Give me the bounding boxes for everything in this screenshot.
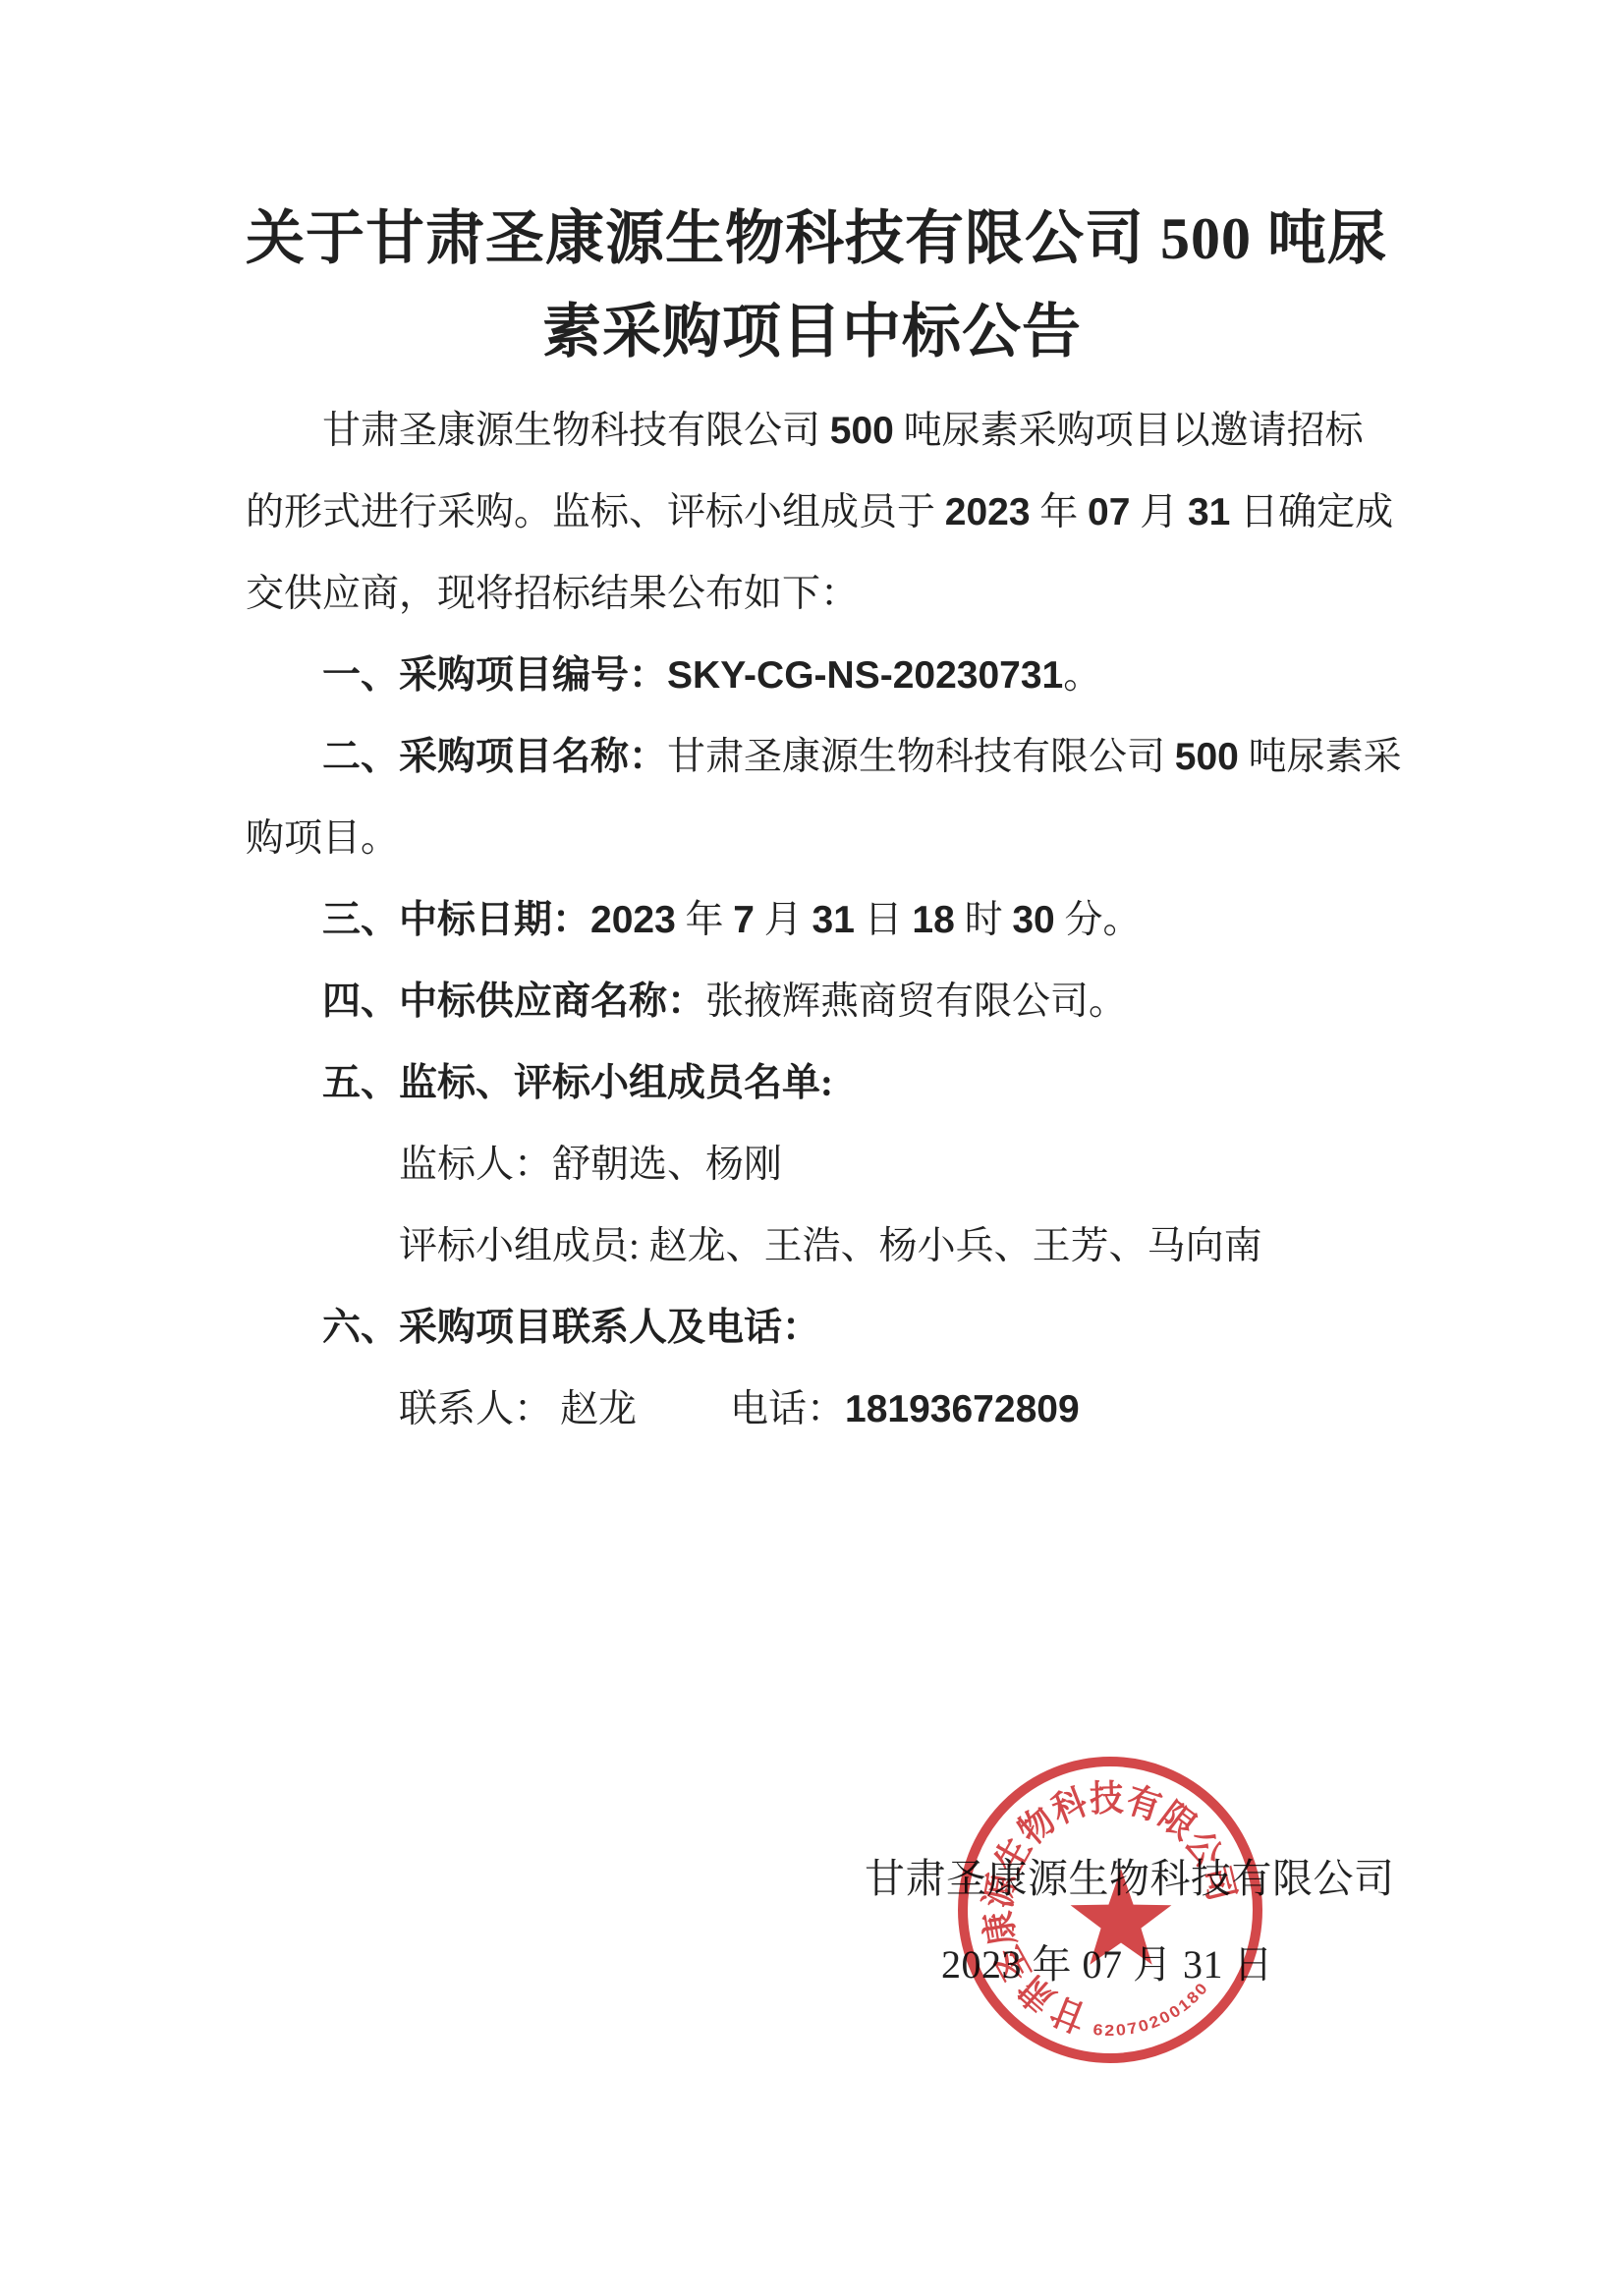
text-segment: 日确定成	[1230, 491, 1393, 533]
text-segment: 18193672809	[845, 1388, 1080, 1430]
body-line: 的形式进行采购。监标、评标小组成员于 2023 年 07 月 31 日确定成	[246, 472, 1378, 553]
body-line: 三、中标日期：2023 年 7 月 31 日 18 时 30 分。	[246, 879, 1378, 961]
body-line: 一、采购项目编号：SKY-CG-NS-20230731。	[246, 635, 1378, 716]
body-line: 六、采购项目联系人及电话：	[246, 1287, 1378, 1369]
text-segment: 月	[755, 899, 812, 941]
text-segment: 7	[733, 899, 755, 941]
text-segment: 。	[1063, 654, 1101, 697]
body-line: 监标人：舒朝选、杨刚	[246, 1124, 1378, 1205]
company-seal: 甘肃圣康源生物科技有限公司 62070200180	[924, 1729, 1297, 2083]
body-line: 甘肃圣康源生物科技有限公司 500 吨尿素采购项目以邀请招标	[246, 390, 1378, 472]
text-segment: 交供应商，现将招标结果公布如下：	[246, 573, 859, 615]
body-line: 四、中标供应商名称：张掖辉燕商贸有限公司。	[246, 961, 1378, 1042]
text-segment: 500	[1175, 736, 1239, 778]
text-segment: 四、中标供应商名称：	[322, 980, 705, 1023]
text-segment: 2023	[590, 899, 676, 941]
text-segment: 吨尿素采	[1239, 736, 1402, 778]
page-title: 关于甘肃圣康源生物科技有限公司 500 吨尿 素采购项目中标公告	[246, 193, 1378, 379]
text-segment: 年	[1031, 491, 1089, 533]
text-segment: 吨尿素采购项目以邀请招标	[894, 410, 1364, 452]
text-segment: 购项目。	[246, 817, 399, 860]
text-segment: 监标人：舒朝选、杨刚	[399, 1144, 782, 1186]
text-segment: 张掖辉燕商贸有限公司。	[705, 980, 1127, 1023]
body-line: 二、采购项目名称：甘肃圣康源生物科技有限公司 500 吨尿素采	[246, 716, 1378, 798]
text-segment: 31	[812, 899, 855, 941]
text-segment: 500	[830, 410, 894, 452]
text-segment: 30	[1012, 899, 1054, 941]
text-segment: 时	[955, 899, 1013, 941]
text-segment: 二、采购项目名称：	[322, 736, 667, 778]
star-icon	[1071, 1869, 1172, 1965]
title-line-1: 关于甘肃圣康源生物科技有限公司 500 吨尿	[246, 193, 1378, 286]
text-segment: 分。	[1055, 899, 1142, 941]
text-segment: 年	[676, 899, 734, 941]
text-segment: 电话：	[730, 1388, 845, 1430]
body-line: 五、监标、评标小组成员名单:	[246, 1042, 1378, 1124]
text-segment: 评标小组成员: 赵龙、王浩、杨小兵、王芳、马向南	[399, 1225, 1262, 1267]
text-segment: 一、采购项目编号：	[322, 654, 667, 697]
text-segment: 赵龙	[560, 1388, 637, 1430]
text-segment: 甘肃圣康源生物科技有限公司	[667, 736, 1175, 778]
text-segment: 五、监标、评标小组成员名单:	[322, 1062, 833, 1104]
text-segment: 月	[1130, 491, 1188, 533]
text-segment: 的形式进行采购。监标、评标小组成员于	[246, 491, 945, 533]
body-line: 评标小组成员: 赵龙、王浩、杨小兵、王芳、马向南	[246, 1205, 1378, 1287]
text-segment: 联系人：	[399, 1388, 552, 1430]
text-segment: 31	[1188, 491, 1230, 533]
text-segment: 六、采购项目联系人及电话：	[322, 1307, 820, 1349]
text-segment: 甘肃圣康源生物科技有限公司	[322, 410, 830, 452]
text-segment: 日	[855, 899, 913, 941]
text-segment: 07	[1088, 491, 1130, 533]
document-body: 甘肃圣康源生物科技有限公司 500 吨尿素采购项目以邀请招标的形式进行采购。监标…	[246, 390, 1378, 1450]
text-segment: 三、中标日期：	[322, 899, 590, 941]
text-segment: 2023	[945, 491, 1031, 533]
text-segment: 18	[912, 899, 954, 941]
document-page: 关于甘肃圣康源生物科技有限公司 500 吨尿 素采购项目中标公告 甘肃圣康源生物…	[0, 0, 1624, 2296]
text-segment: SKY-CG-NS-20230731	[667, 654, 1063, 697]
body-line: 购项目。	[246, 798, 1378, 879]
body-line: 联系人：赵龙电话：18193672809	[246, 1369, 1378, 1450]
title-line-2: 素采购项目中标公告	[246, 286, 1378, 379]
body-line: 交供应商，现将招标结果公布如下：	[246, 553, 1378, 635]
